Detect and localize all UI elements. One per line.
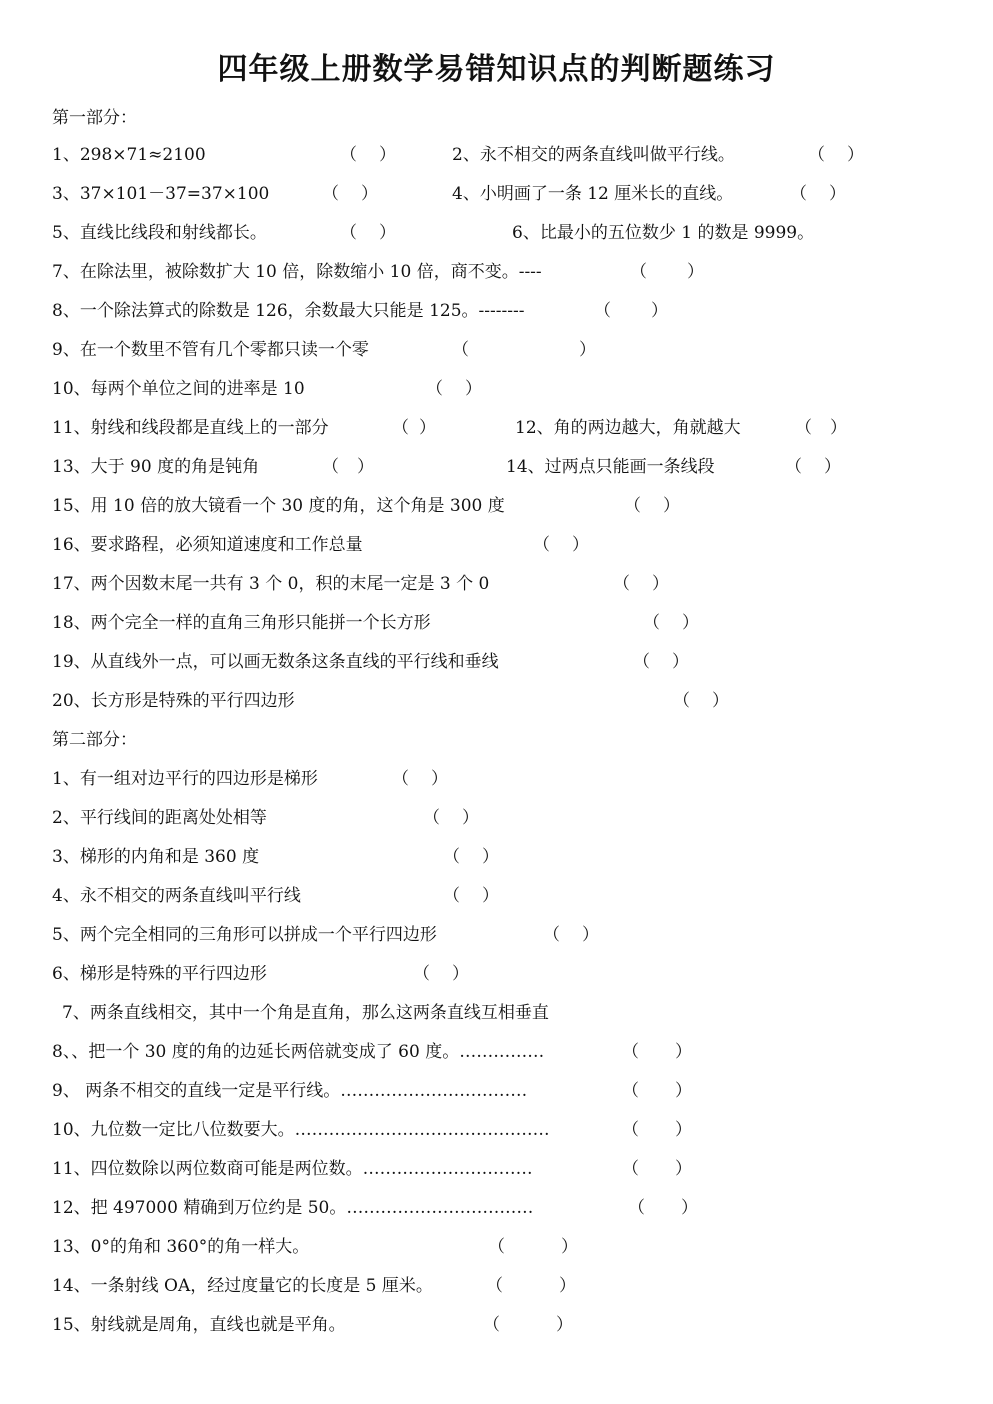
- answer-blank-1-18[interactable]: （）: [643, 611, 699, 635]
- question-2-8: 8、、把一个 30 度的角的边延长两倍就变成了 60 度。……………: [52, 1040, 544, 1064]
- answer-blank-1-19[interactable]: （）: [633, 650, 689, 674]
- question-1-1: 1、298×71≈2100: [52, 143, 206, 167]
- question-1-10: 10、每两个单位之间的进率是 10: [52, 377, 305, 401]
- answer-blank-1-15[interactable]: （）: [624, 494, 680, 518]
- question-2-10: 10、九位数一定比八位数要大。………………………………………: [52, 1118, 550, 1142]
- answer-blank-1-5[interactable]: （）: [340, 221, 396, 245]
- part1-heading: 第一部分：: [52, 106, 137, 130]
- question-2-12: 12、把 497000 精确到万位约是 50。……………………………: [52, 1196, 533, 1220]
- question-2-5: 5、两个完全相同的三角形可以拼成一个平行四边形: [52, 923, 437, 947]
- question-1-12: 12、角的两边越大，角就越大: [515, 416, 741, 440]
- answer-blank-2-3[interactable]: （）: [443, 845, 499, 869]
- question-2-3: 3、梯形的内角和是 360 度: [52, 845, 259, 869]
- answer-blank-1-7[interactable]: （）: [630, 260, 704, 284]
- answer-blank-1-8[interactable]: （）: [594, 299, 668, 323]
- answer-blank-1-3[interactable]: （）: [322, 182, 378, 206]
- question-1-6: 6、比最小的五位数少 1 的数是 9999。: [512, 221, 814, 245]
- answer-blank-2-9[interactable]: （）: [622, 1079, 692, 1103]
- answer-blank-1-9[interactable]: （）: [452, 338, 596, 362]
- question-1-4: 4、小明画了一条 12 厘米长的直线。: [452, 182, 733, 206]
- question-2-9: 9、 两条不相交的直线一定是平行线。……………………………: [52, 1079, 527, 1103]
- answer-blank-1-20[interactable]: （）: [673, 689, 729, 713]
- answer-blank-1-10[interactable]: （）: [426, 377, 482, 401]
- answer-blank-2-5[interactable]: （）: [543, 923, 599, 947]
- question-1-20: 20、长方形是特殊的平行四边形: [52, 689, 295, 713]
- question-2-1: 1、有一组对边平行的四边形是梯形: [52, 767, 318, 791]
- answer-blank-1-14[interactable]: （）: [785, 455, 841, 479]
- answer-blank-1-13[interactable]: （）: [322, 455, 374, 479]
- answer-blank-2-4[interactable]: （）: [443, 884, 499, 908]
- question-1-9: 9、在一个数里不管有几个零都只读一个零: [52, 338, 369, 362]
- part2-heading: 第二部分：: [52, 728, 137, 752]
- question-2-13: 13、0°的角和 360°的角一样大。: [52, 1235, 309, 1259]
- question-2-14: 14、一条射线 OA，经过度量它的长度是 5 厘米。: [52, 1274, 433, 1298]
- question-1-2: 2、永不相交的两条直线叫做平行线。: [452, 143, 735, 167]
- question-1-18: 18、两个完全一样的直角三角形只能拼一个长方形: [52, 611, 431, 635]
- page-title: 四年级上册数学易错知识点的判断题练习: [0, 50, 993, 90]
- question-2-15: 15、射线就是周角，直线也就是平角。: [52, 1313, 346, 1337]
- question-1-15: 15、用 10 倍的放大镜看一个 30 度的角，这个角是 300 度: [52, 494, 505, 518]
- question-1-7: 7、在除法里，被除数扩大 10 倍，除数缩小 10 倍，商不变。----: [52, 260, 542, 284]
- question-1-17: 17、两个因数末尾一共有 3 个 0，积的末尾一定是 3 个 0: [52, 572, 489, 596]
- answer-blank-2-1[interactable]: （）: [392, 767, 448, 791]
- answer-blank-2-8[interactable]: （）: [622, 1040, 692, 1064]
- question-2-6: 6、梯形是特殊的平行四边形: [52, 962, 267, 986]
- question-1-14: 14、过两点只能画一条线段: [506, 455, 715, 479]
- answer-blank-2-11[interactable]: （）: [622, 1157, 692, 1181]
- answer-blank-1-17[interactable]: （）: [613, 572, 669, 596]
- answer-blank-2-10[interactable]: （）: [622, 1118, 692, 1142]
- question-1-13: 13、大于 90 度的角是钝角: [52, 455, 259, 479]
- answer-blank-1-12[interactable]: （）: [795, 416, 847, 440]
- question-1-3: 3、37×101－37=37×100: [52, 182, 269, 206]
- answer-blank-1-2[interactable]: （）: [808, 143, 864, 167]
- answer-blank-1-4[interactable]: （）: [790, 182, 846, 206]
- question-1-19: 19、从直线外一点，可以画无数条这条直线的平行线和垂线: [52, 650, 499, 674]
- question-1-11: 11、射线和线段都是直线上的一部分: [52, 416, 329, 440]
- question-2-7: 7、两条直线相交，其中一个角是直角，那么这两条直线互相垂直: [62, 1001, 549, 1025]
- answer-blank-2-15[interactable]: （）: [483, 1313, 573, 1337]
- question-2-11: 11、四位数除以两位数商可能是两位数。…………………………: [52, 1157, 533, 1181]
- answer-blank-1-16[interactable]: （）: [533, 533, 589, 557]
- answer-blank-2-6[interactable]: （）: [413, 962, 469, 986]
- question-1-16: 16、要求路程，必须知道速度和工作总量: [52, 533, 363, 557]
- answer-blank-2-13[interactable]: （）: [488, 1235, 578, 1259]
- question-1-8: 8、一个除法算式的除数是 126，余数最大只能是 125。--------: [52, 299, 524, 323]
- answer-blank-2-12[interactable]: （）: [628, 1196, 698, 1220]
- question-1-5: 5、直线比线段和射线都长。: [52, 221, 267, 245]
- question-2-4: 4、永不相交的两条直线叫平行线: [52, 884, 301, 908]
- answer-blank-1-11[interactable]: （）: [392, 416, 436, 440]
- answer-blank-2-2[interactable]: （）: [423, 806, 479, 830]
- answer-blank-2-14[interactable]: （）: [486, 1274, 576, 1298]
- answer-blank-1-1[interactable]: （）: [340, 143, 396, 167]
- question-2-2: 2、平行线间的距离处处相等: [52, 806, 267, 830]
